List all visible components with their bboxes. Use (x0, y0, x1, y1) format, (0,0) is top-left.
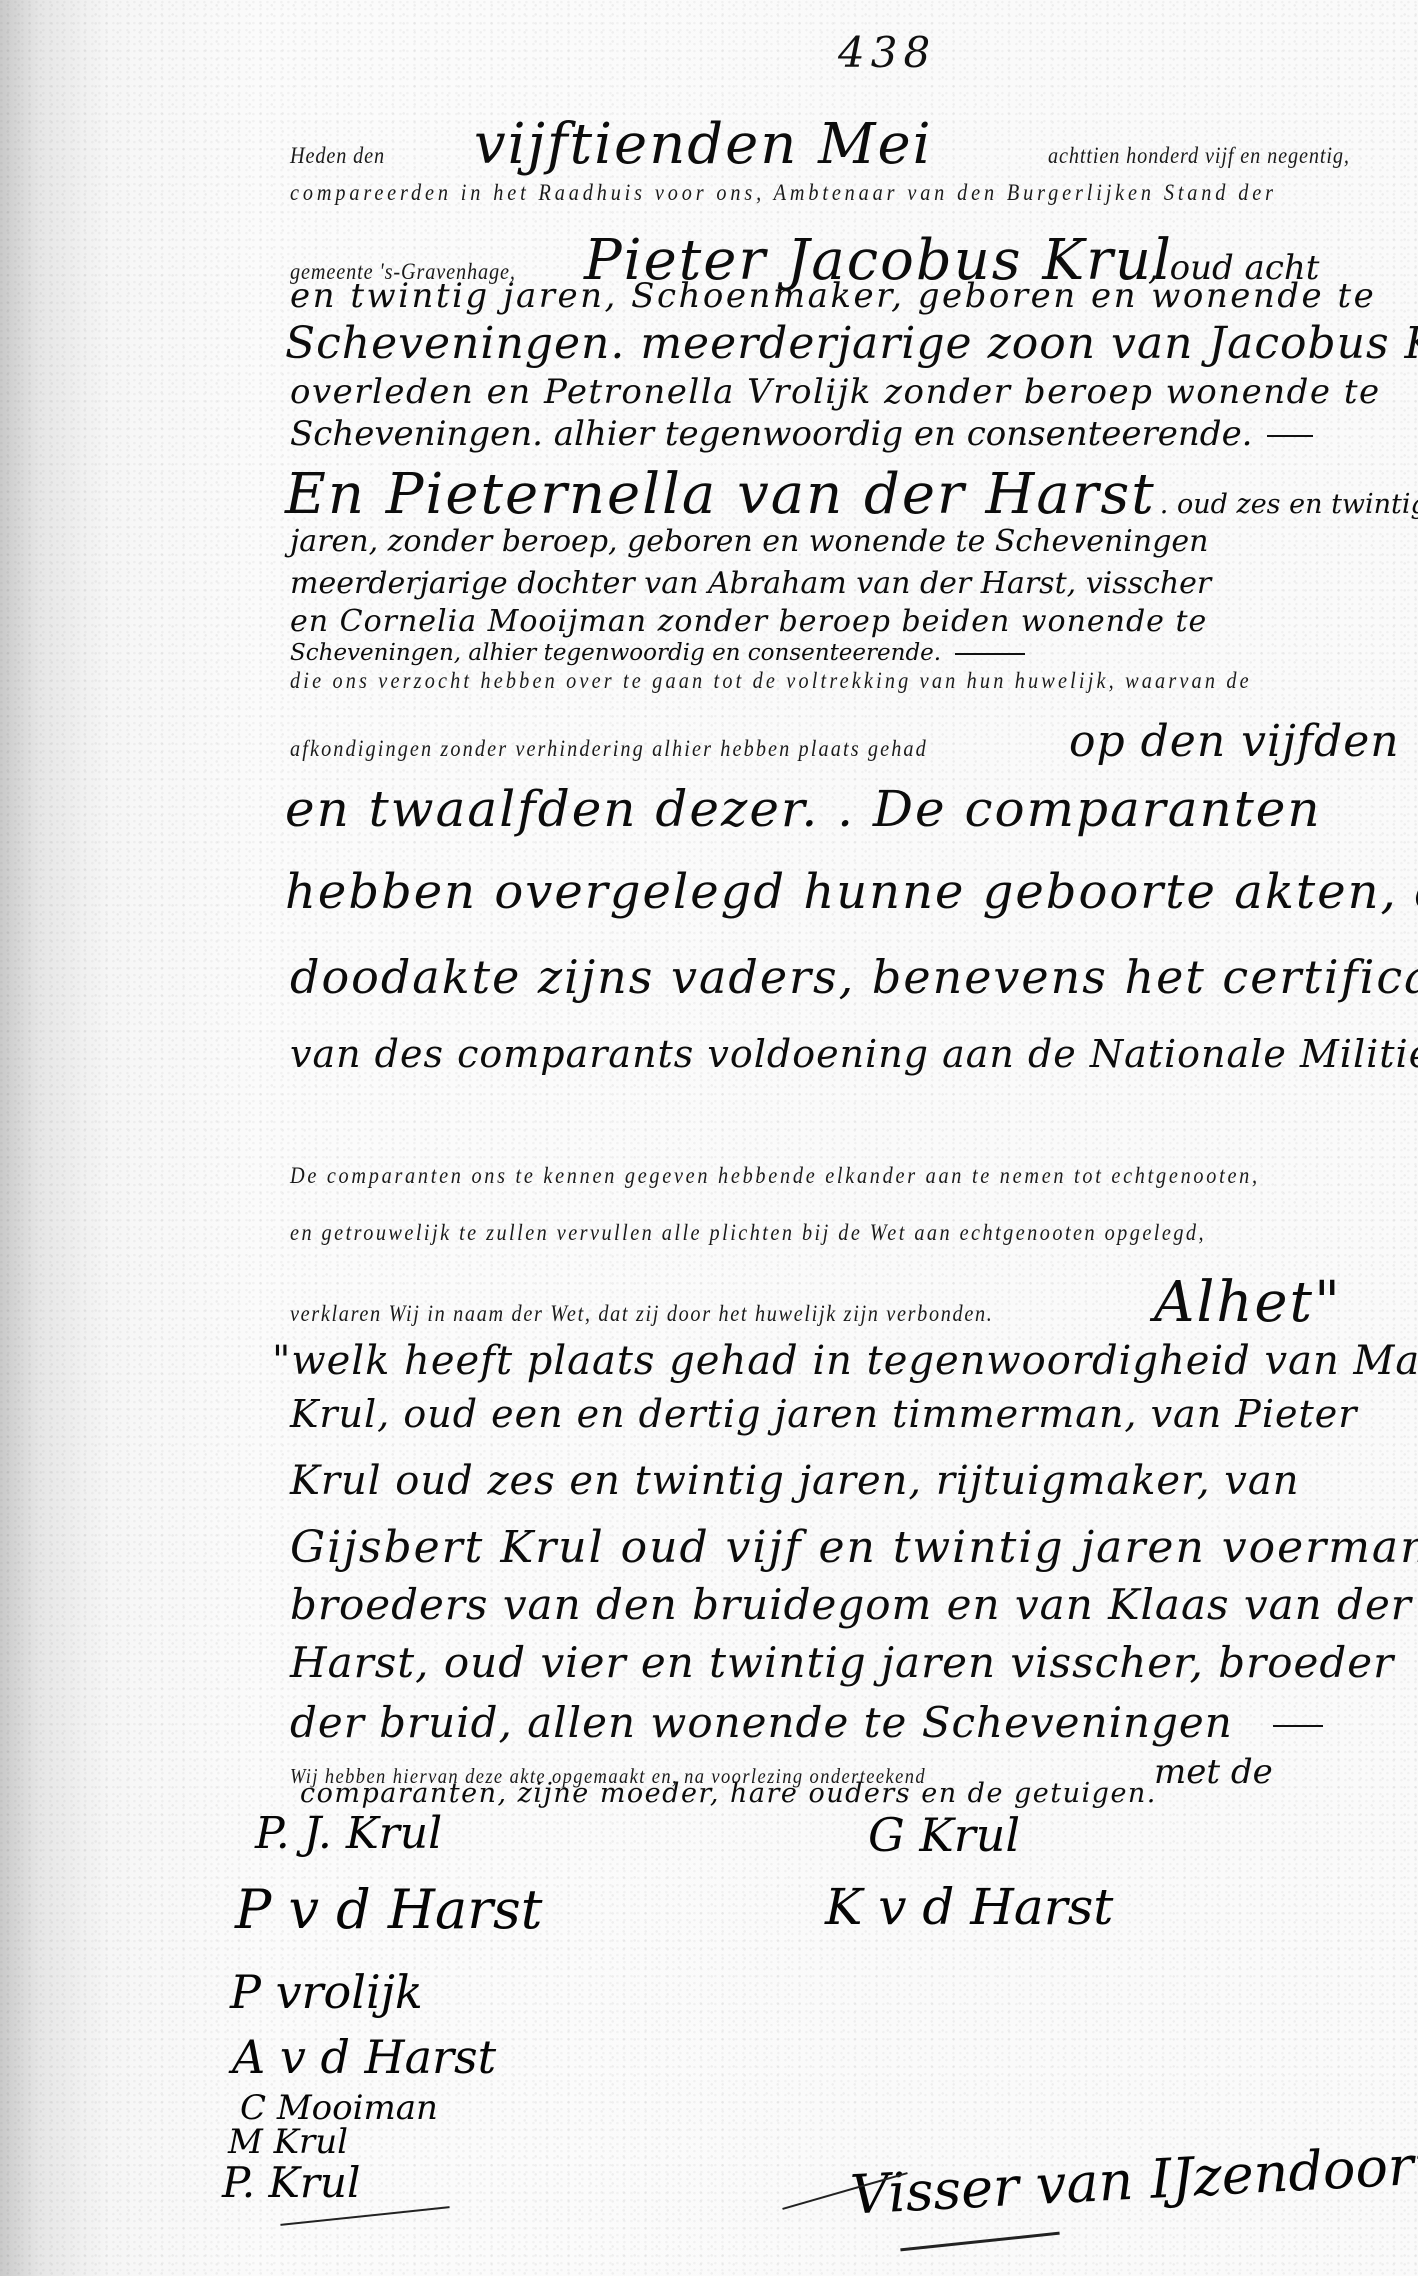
record-line-21: verklaren Wij in naam der Wet, dat zij d… (290, 1270, 1342, 1335)
record-line-19: De comparanten ons te kennen gegeven heb… (290, 1163, 1260, 1189)
signature-mother-groom: P vrolijk (230, 1965, 423, 2019)
record-line-1: Heden den vijftienden Mei achttien honde… (290, 112, 1391, 177)
handwritten-alhet: Alhet" (1154, 1270, 1342, 1335)
printed-year: achttien honderd vijf en negentig, (1048, 143, 1350, 169)
record-line-18: van des comparants voldoening aan de Nat… (290, 1032, 1418, 1076)
signature-bride-father: A v d Harst (232, 2030, 496, 2084)
record-line-11: en Cornelia Mooijman zonder beroep beide… (290, 604, 1207, 639)
record-line-27: Harst, oud vier en twintig jaren vissche… (290, 1638, 1394, 1687)
signature-witness-k-vd-harst: K v d Harst (825, 1878, 1113, 1936)
record-line-23: Krul, oud een en dertig jaren timmerman,… (290, 1392, 1357, 1436)
record-line-2: compareerden in het Raadhuis voor ons, A… (290, 180, 1277, 206)
record-line-28: der bruid, allen wonende te Scheveningen (290, 1698, 1323, 1747)
fill-dash (955, 653, 1025, 655)
registrar-flourish (900, 2232, 1059, 2252)
record-line-16: hebben overgelegd hunne geboorte akten, … (285, 864, 1418, 920)
handwritten-date: vijftienden Mei (474, 112, 1044, 177)
page-number: 438 (838, 28, 936, 77)
signature-witness-p-krul: P. Krul (222, 2158, 360, 2207)
record-line-25: Gijsbert Krul oud vijf en twintig jaren … (290, 1522, 1418, 1573)
signature-registrar: Visser van IJzendoorn (849, 2132, 1418, 2226)
signature-witness-g-krul: G Krul (868, 1808, 1020, 1862)
record-line-17: doodakte zijns vaders, benevens het cert… (290, 950, 1418, 1004)
record-line-14: afkondigingen zonder verhindering alhier… (290, 716, 1400, 767)
signature-flourish (280, 2206, 449, 2226)
record-line-15: en twaalfden dezer. . De comparanten (285, 780, 1322, 838)
fill-dash (1267, 435, 1313, 437)
printed-heden-den: Heden den (290, 143, 413, 169)
record-line-24: Krul oud zes en twintig jaren, rijtuigma… (290, 1458, 1299, 1504)
handwritten-proclamation-dates: op den vijfden (1069, 716, 1400, 767)
record-line-13: die ons verzocht hebben over te gaan tot… (290, 668, 1252, 694)
printed-verklaren: verklaren Wij in naam der Wet, dat zij d… (290, 1301, 1047, 1327)
record-line-26: broeders van den bruidegom en van Klaas … (290, 1580, 1412, 1629)
fill-dash (1273, 1725, 1323, 1727)
record-line-9: jaren, zonder beroep, geboren en wonende… (290, 524, 1209, 559)
record-line-20: en getrouwelijk te zullen vervullen alle… (290, 1220, 1206, 1246)
record-line-4: en twintig jaren, Schoenmaker, geboren e… (290, 276, 1376, 316)
record-line-22: "welk heeft plaats gehad in tegenwoordig… (272, 1338, 1418, 1384)
handwritten-met-de: met de (1154, 1752, 1273, 1792)
line-7-text: Scheveningen. alhier tegenwoordig en con… (290, 414, 1253, 454)
record-line-12: Scheveningen, alhier tegenwoordig en con… (290, 640, 1025, 666)
record-line-5: Scheveningen. meerderjarige zoon van Jac… (285, 318, 1418, 369)
bride-age: . oud zes en twintig (1160, 489, 1418, 520)
signature-witness-m-krul: M Krul (228, 2122, 348, 2162)
signature-witness: P v d Harst (235, 1878, 542, 1941)
record-line-30: comparanten, zijne moeder, hare ouders e… (300, 1778, 1157, 1809)
record-line-6: overleden en Petronella Vrolijk zonder b… (290, 372, 1381, 412)
bride-name: En Pieternella van der Harst (285, 462, 1156, 527)
line-28-text: der bruid, allen wonende te Scheveningen (290, 1698, 1233, 1747)
record-line-8: En Pieternella van der Harst . oud zes e… (285, 462, 1418, 527)
scanned-document-page: 438 Heden den vijftienden Mei achttien h… (0, 0, 1418, 2276)
record-line-10: meerderjarige dochter van Abraham van de… (290, 566, 1211, 601)
line-12-text: Scheveningen, alhier tegenwoordig en con… (290, 640, 941, 666)
record-line-7: Scheveningen. alhier tegenwoordig en con… (290, 414, 1313, 454)
printed-afkondigingen: afkondigingen zonder verhindering alhier… (290, 736, 972, 762)
signature-groom: P. J. Krul (255, 1808, 442, 1859)
